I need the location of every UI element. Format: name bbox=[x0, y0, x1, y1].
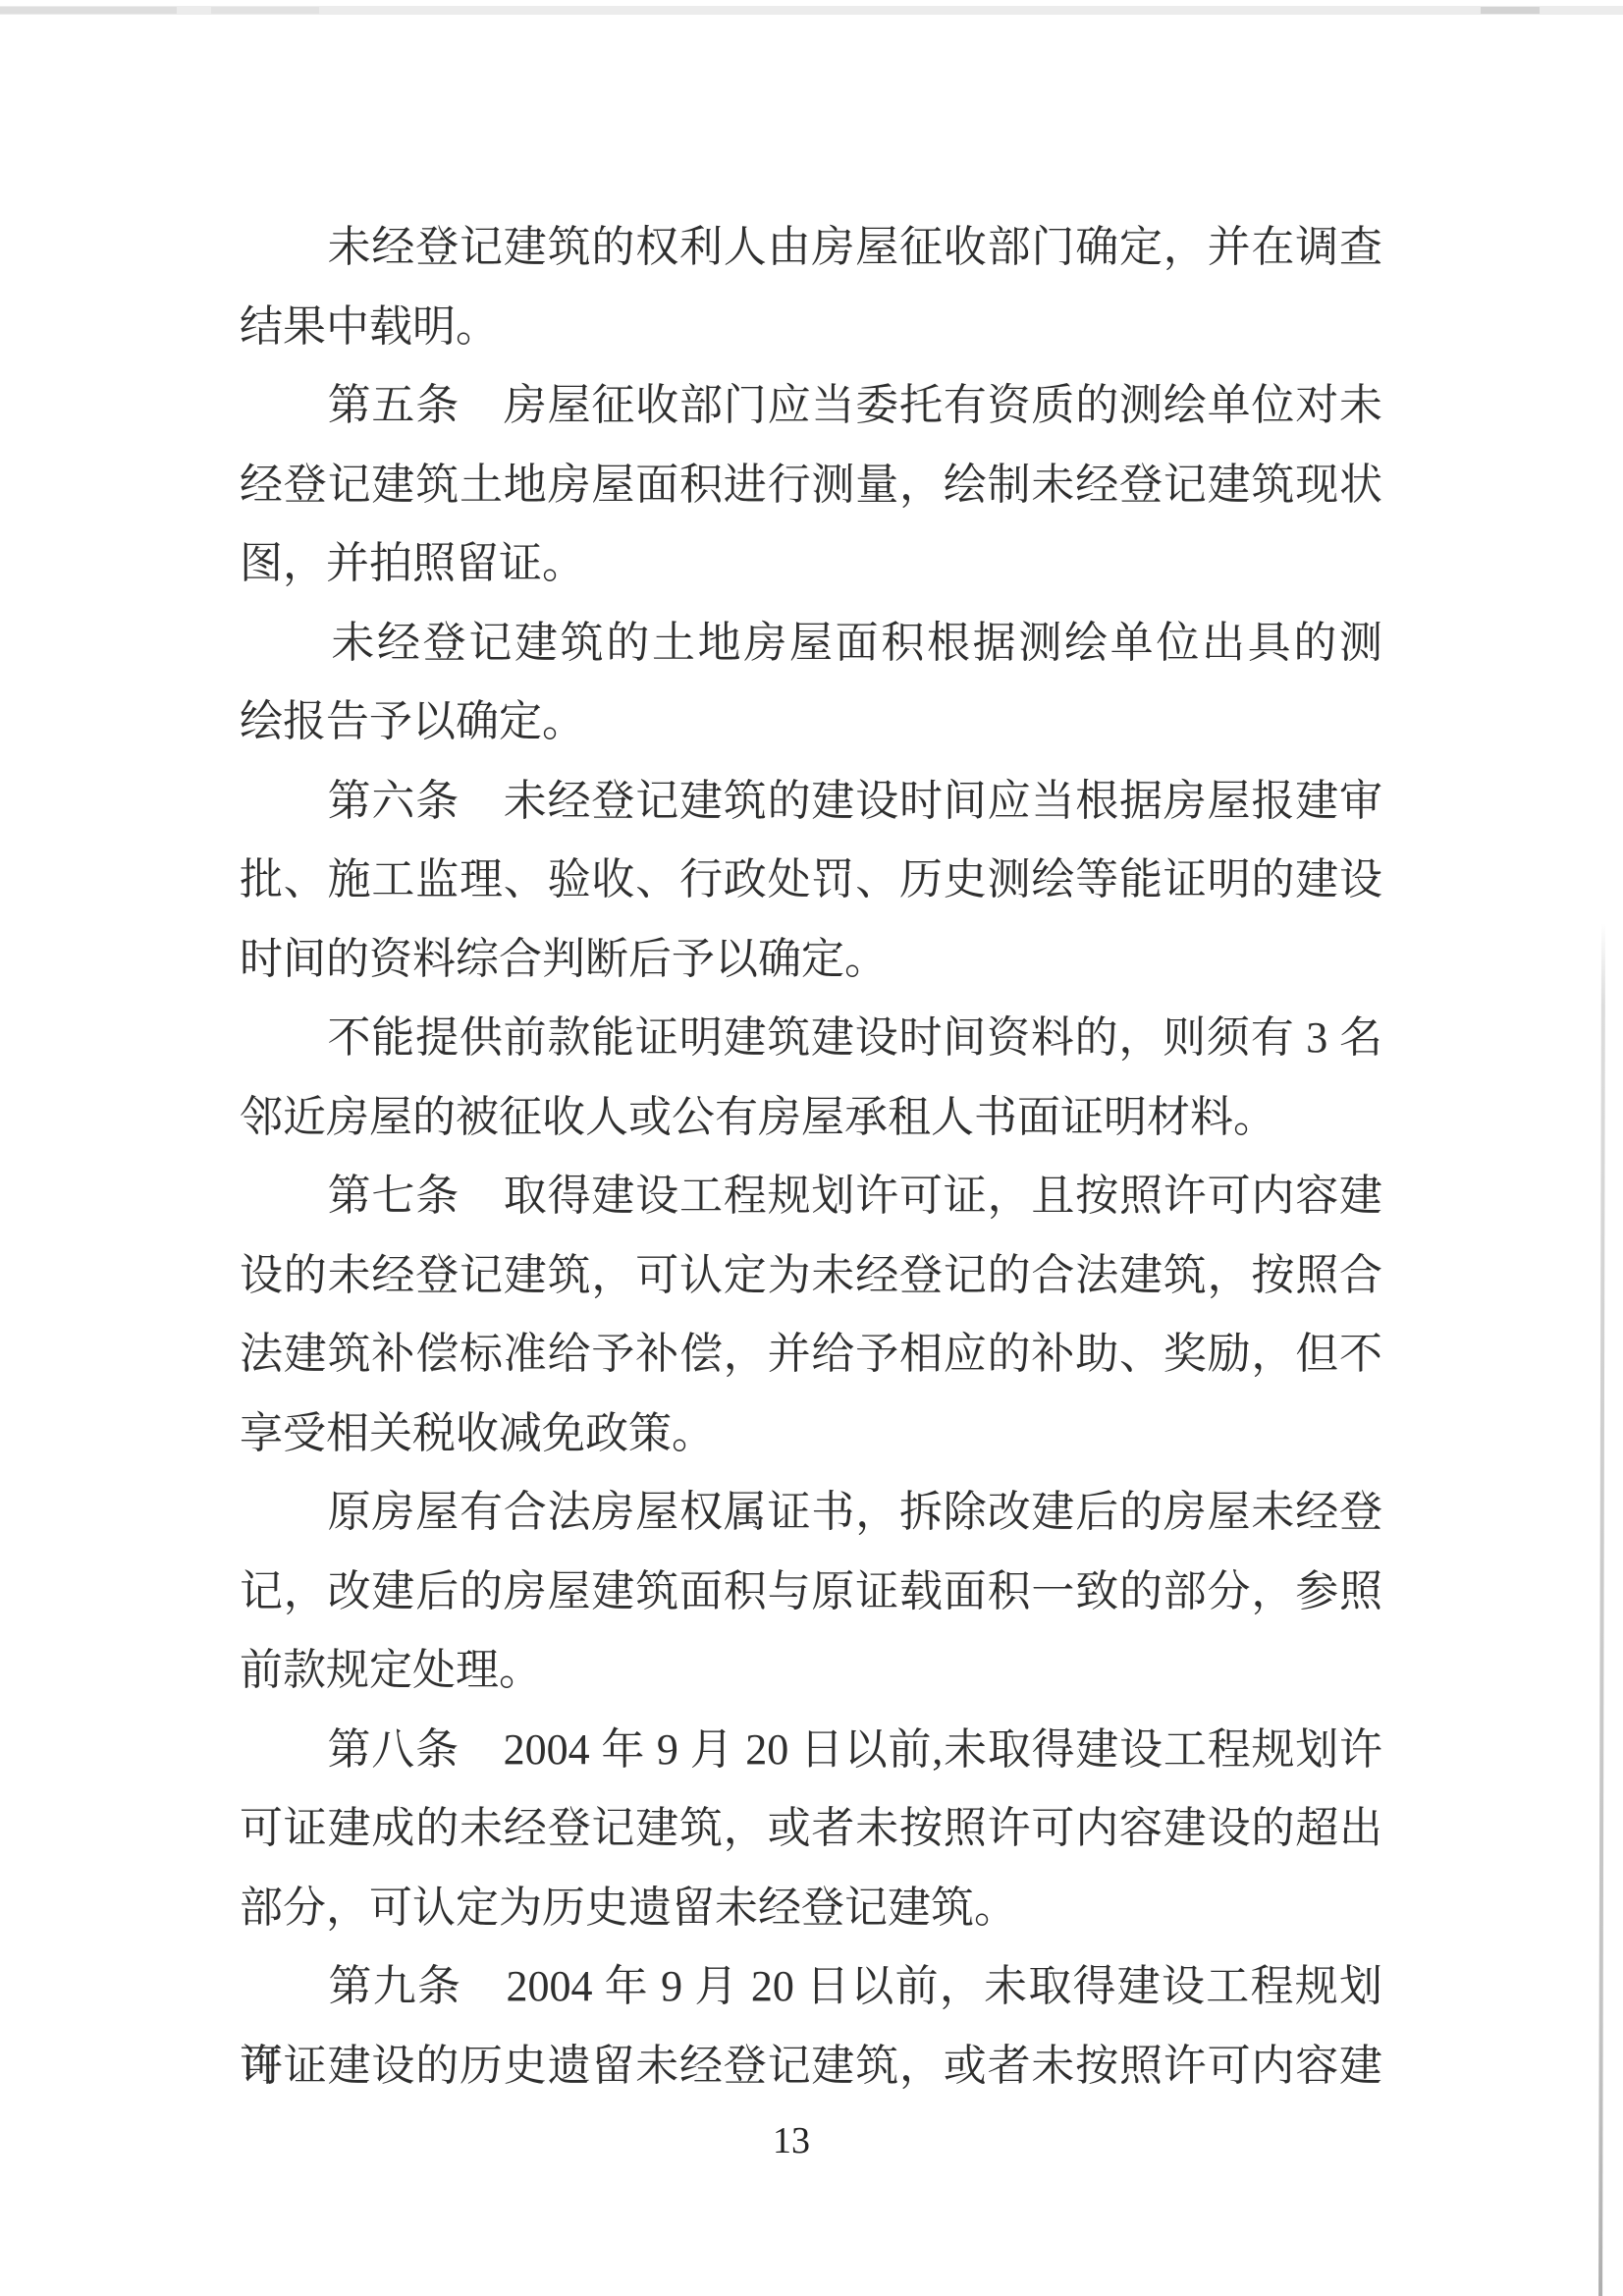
page-number: 13 bbox=[0, 2119, 1583, 2162]
text-line: 部分，可认定为历史遗留未经登记建筑。 bbox=[240, 1869, 1382, 1948]
text-line: 第九条 2004 年 9 月 20 日以前，未取得建设工程规划许 bbox=[240, 1947, 1382, 2027]
document-page: 未经登记建筑的权利人由房屋征收部门确定，并在调查 结果中载明。 第五条 房屋征收… bbox=[0, 0, 1623, 2296]
text-line: 图，并拍照留证。 bbox=[240, 524, 1382, 604]
text-line: 经登记建筑土地房屋面积进行测量，绘制未经登记建筑现状 bbox=[240, 446, 1382, 525]
text-line: 可证建成的未经登记建筑，或者未按照许可内容建设的超出 bbox=[240, 1789, 1382, 1869]
text-block: 未经登记建筑的权利人由房屋征收部门确定，并在调查 结果中载明。 第五条 房屋征收… bbox=[240, 208, 1382, 2105]
text-line: 记，改建后的房屋建筑面积与原证载面积一致的部分，参照 bbox=[240, 1553, 1382, 1632]
text-line: 邻近房屋的被征收人或公有房屋承租人书面证明材料。 bbox=[240, 1078, 1382, 1158]
text-line: 绘报告予以确定。 bbox=[240, 683, 1382, 762]
right-edge-scan-line bbox=[1598, 923, 1605, 2296]
scan-dash bbox=[211, 7, 319, 14]
text-line: 结果中载明。 bbox=[240, 288, 1382, 367]
text-line: 不能提供前款能证明建筑建设时间资料的，则须有 3 名 bbox=[240, 999, 1382, 1078]
scan-dash bbox=[1481, 7, 1540, 14]
text-line: 前款规定处理。 bbox=[240, 1631, 1382, 1711]
text-line: 可证建设的历史遗留未经登记建筑，或者未按照许可内容建 bbox=[240, 2027, 1382, 2106]
text-line: 享受相关税收减免政策。 bbox=[240, 1394, 1382, 1474]
scan-dash bbox=[0, 7, 177, 14]
text-line: 时间的资料综合判断后予以确定。 bbox=[240, 920, 1382, 1000]
text-line: 第五条 房屋征收部门应当委托有资质的测绘单位对未 bbox=[240, 366, 1382, 446]
text-line: 法建筑补偿标准给予补偿，并给予相应的补助、奖励，但不 bbox=[240, 1315, 1382, 1394]
text-line: 未经登记建筑的土地房屋面积根据测绘单位出具的测 bbox=[240, 604, 1382, 683]
top-scan-artifact bbox=[0, 6, 1623, 15]
text-line: 批、施工监理、验收、行政处罚、历史测绘等能证明的建设 bbox=[240, 841, 1382, 920]
text-line: 设的未经登记建筑，可认定为未经登记的合法建筑，按照合 bbox=[240, 1236, 1382, 1316]
text-line: 未经登记建筑的权利人由房屋征收部门确定，并在调查 bbox=[240, 208, 1382, 288]
text-line: 原房屋有合法房屋权属证书，拆除改建后的房屋未经登 bbox=[240, 1473, 1382, 1553]
text-line: 第八条 2004 年 9 月 20 日以前,未取得建设工程规划许 bbox=[240, 1711, 1382, 1790]
text-line: 第七条 取得建设工程规划许可证，且按照许可内容建 bbox=[240, 1157, 1382, 1236]
text-line: 第六条 未经登记建筑的建设时间应当根据房屋报建审 bbox=[240, 762, 1382, 842]
